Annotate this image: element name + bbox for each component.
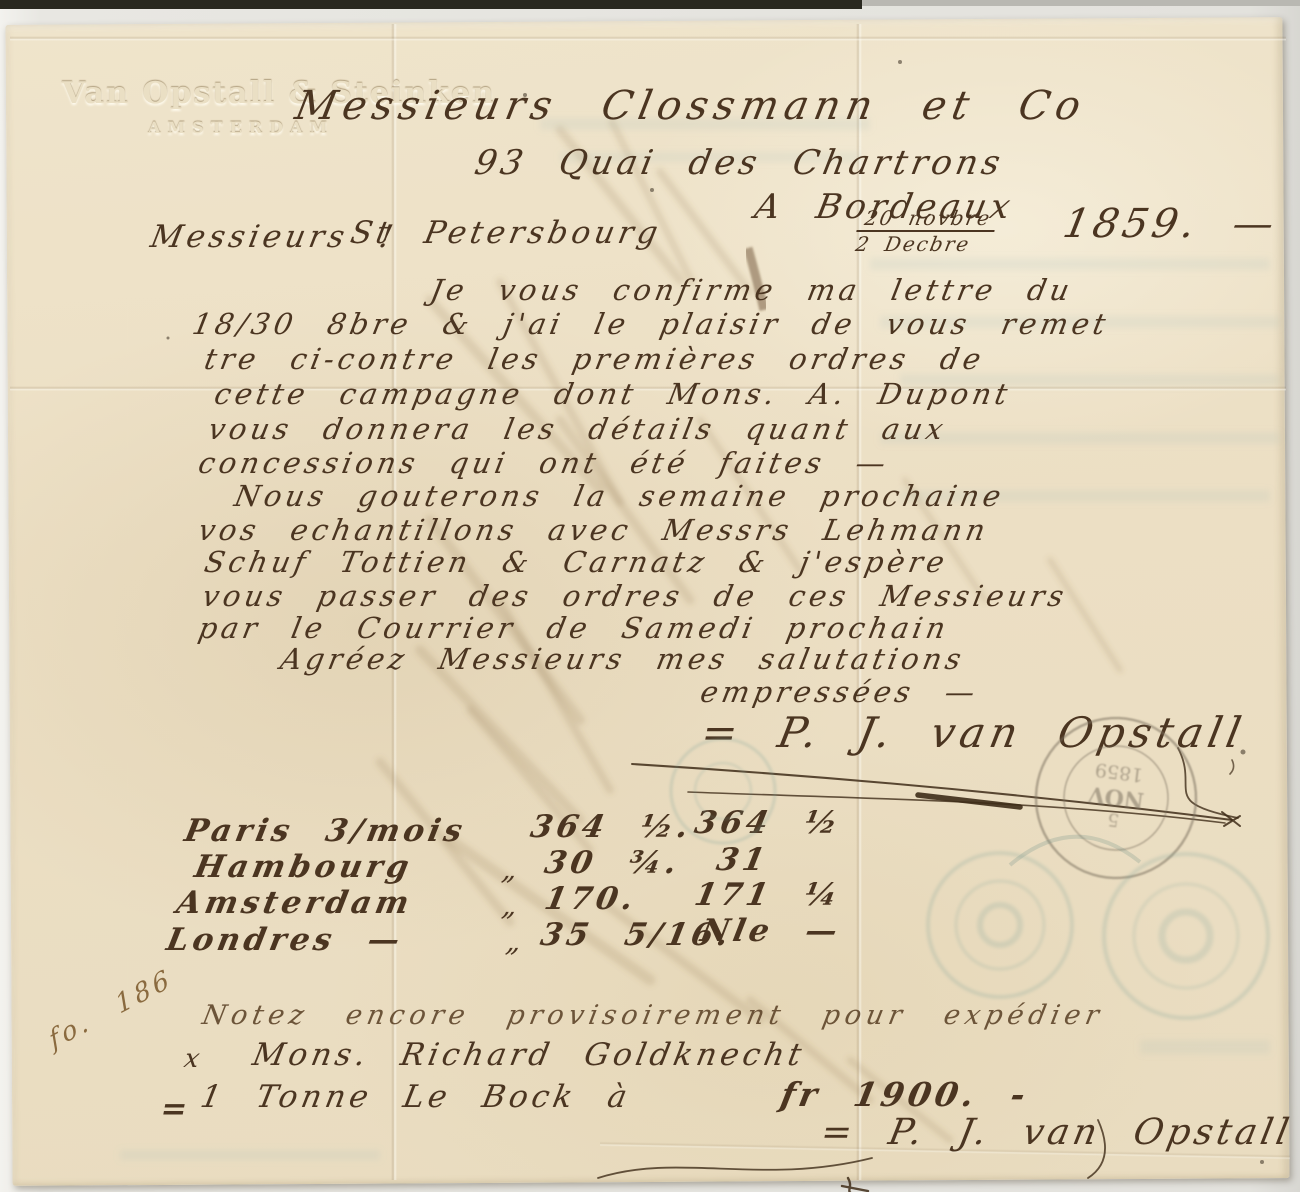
postscript-mark-equals: = [158, 1094, 194, 1125]
rate-row-paris-value2: 364 ½ [692, 808, 844, 839]
body-line-1: Je vous confirme ma lettre du [428, 276, 1076, 305]
rate-row-paris-value1: 364 ½. [528, 812, 695, 843]
rate-row-city-paris: Paris 3/mois [182, 816, 469, 847]
rate-row-city-londres: Londres — [164, 925, 406, 956]
rate-row-hambourg-value2: 31 [714, 845, 771, 876]
rate-row-city-amsterdam: Amsterdam [174, 888, 415, 919]
postscript-line-2: Mons. Richard Goldknecht [250, 1040, 808, 1071]
signature-postscript: = P. J. van Opstall [818, 1115, 1295, 1151]
body-line-4: cette campagne dont Mons. A. Dupont [212, 380, 1014, 409]
address-line-2: 93 Quai des Chartrons [472, 146, 1007, 180]
body-line-7: Nous gouterons la semaine prochaine [232, 482, 1007, 511]
body-line-9: Schuf Tottien & Carnatz & j'espère [202, 548, 951, 577]
rate-row-city-hambourg: Hambourg [192, 852, 415, 883]
rate-row-amsterdam-value1: 170. [542, 884, 640, 915]
body-line-6: concessions qui ont été faites — [196, 449, 892, 478]
body-line-8: vos echantillons avec Messrs Lehmann [196, 516, 991, 545]
fold-line-horizontal-top [10, 36, 1286, 41]
address-line-1: Messieurs Clossmann et Co [292, 86, 1090, 126]
year: 1859. — [1060, 204, 1281, 244]
postscript-line-3-item: 1 Tonne Le Bock à [198, 1082, 633, 1113]
body-line-3: tre ci-contre les premières ordres de [202, 345, 987, 374]
date-julian: 20 novbre [856, 208, 999, 232]
scanner-edge-light [862, 0, 1300, 6]
date-fraction: 20 novbre 2 Decbre [852, 208, 999, 254]
body-line-12: Agréez Messieurs mes salutations [278, 645, 967, 674]
body-line-11: par le Courrier de Samedi prochain [196, 614, 952, 643]
body-line-5: vous donnera les détails quant aux [206, 415, 949, 444]
signature-main: = P. J. van Opstall [698, 712, 1249, 754]
rate-row-londres-value2: Nle — [698, 916, 844, 947]
body-line-13: empressées — [698, 678, 981, 707]
rate-row-hambourg-value1: 30 ¾. [542, 848, 683, 879]
postscript-line-1: Notez encore provisoirement pour expédie… [200, 1002, 1106, 1029]
postscript-line-3-amount: fr 1900. - [778, 1078, 1032, 1111]
place-of-writing: St Petersbourg [348, 218, 664, 249]
body-line-10: vous passer des ordres de ces Messieurs [200, 582, 1070, 611]
date-gregorian: 2 Decbre [852, 232, 995, 254]
body-line-2: 18/30 8bre & j'ai le plaisir de vous rem… [190, 310, 1112, 339]
scanner-edge-dark [0, 0, 862, 9]
rate-row-amsterdam-value2: 171 ¼ [692, 880, 844, 911]
scanned-letter: Van Opstall & Steinken AMSTERDAM Messieu… [0, 0, 1300, 1192]
